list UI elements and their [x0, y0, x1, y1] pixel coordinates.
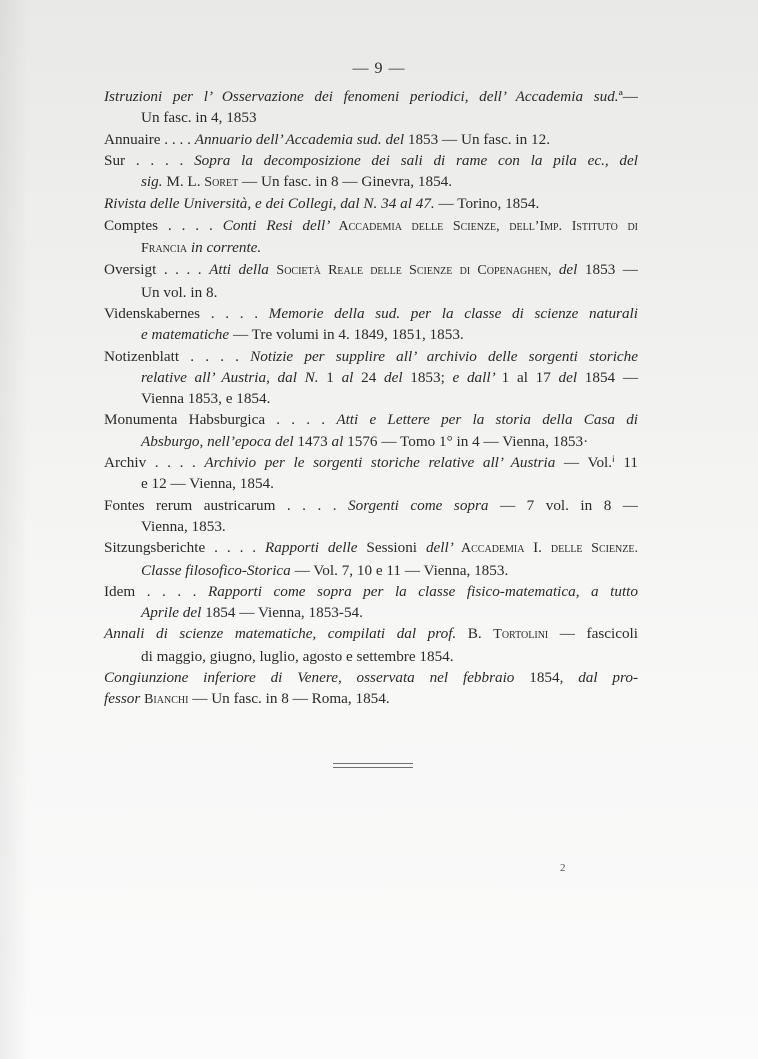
roman-text: — 7 vol. in 8 — — [489, 497, 638, 514]
roman-text: Sitzungsberichte . . . . — [104, 539, 265, 556]
entry-line: Annali di scienze matematiche, compilati… — [104, 623, 638, 645]
italic-text: Memorie della sud. per la classe di scie… — [269, 305, 638, 322]
bibliography-entry: Videnskabernes . . . . Memorie della sud… — [104, 303, 638, 346]
bibliography-entry: Rivista delle Università, e dei Collegi,… — [104, 193, 638, 214]
entry-line: e matematiche — Tre volumi in 4. 1849, 1… — [104, 324, 638, 345]
italic-text: sig. — [141, 173, 163, 190]
entry-line: Aprile del 1854 — Vienna, 1853-54. — [104, 602, 638, 623]
small-caps-text: delle Scienze. — [551, 541, 638, 556]
roman-text: Notizenblatt . . . . — [104, 348, 250, 365]
italic-text: Sopra la decomposizione dei sali di rame… — [194, 152, 638, 169]
roman-text: 1853 — — [585, 261, 638, 278]
italic-text: al — [342, 369, 362, 386]
italic-text: Atti della — [209, 261, 276, 278]
entry-line: Sitzungsberichte . . . . Rapporti delle … — [104, 537, 638, 559]
roman-text: — Un fasc. in 8 — Ginevra, 1854. — [238, 173, 452, 190]
italic-text: Conti Resi dell’ — [223, 217, 339, 234]
entry-line: sig. M. L. Soret — Un fasc. in 8 — Ginev… — [104, 171, 638, 193]
small-caps-text: Accademia delle Scienze, dell’Imp. Istit… — [339, 219, 639, 234]
roman-text: — fascicoli — [548, 625, 638, 642]
italic-text: Rapporti delle — [265, 539, 366, 556]
italic-text: Classe filosofico-Storica — [141, 562, 291, 579]
roman-text: e 12 — Vienna, 1854. — [141, 475, 274, 492]
bibliography-entry: Congiunzione inferiore di Venere, osserv… — [104, 667, 638, 711]
roman-text: 1854 — — [585, 369, 638, 386]
entry-line: Videnskabernes . . . . Memorie della sud… — [104, 303, 638, 324]
italic-text: Istruzioni per l’ Osservazione dei fenom… — [104, 88, 619, 105]
entry-line: Vienna, 1853. — [104, 516, 638, 537]
italic-text: e dall’ — [453, 369, 502, 386]
italic-text: Annali di scienze matematiche, compilati… — [104, 625, 456, 642]
roman-text: Monumenta Habsburgica . . . . — [104, 411, 336, 428]
italic-text: al — [332, 433, 348, 450]
roman-text: Archiv . . . . — [104, 454, 204, 471]
entry-line: Rivista delle Università, e dei Collegi,… — [104, 193, 638, 214]
roman-text: ª— — [619, 88, 638, 105]
bibliography-entry: Annali di scienze matematiche, compilati… — [104, 623, 638, 667]
entry-line: di maggio, giugno, luglio, agosto e sett… — [104, 646, 638, 667]
entry-line: Un fasc. in 4, 1853 — [104, 107, 638, 128]
entry-line: Monumenta Habsburgica . . . . Atti e Let… — [104, 409, 638, 430]
italic-text: Notizie per supplire all’ archivio delle… — [250, 348, 638, 365]
italic-text: Annuario dell’ Accademia sud. del — [195, 131, 408, 148]
roman-text: — Vol. 7, 10 e 11 — Vienna, 1853. — [291, 562, 508, 579]
roman-text: Comptes . . . . — [104, 217, 223, 234]
roman-text: — Un fasc. in 8 — Roma, 1854. — [188, 690, 389, 707]
roman-text: Un fasc. in 4, 1853 — [141, 109, 257, 126]
small-caps-text: Accademia — [461, 541, 533, 556]
roman-text: Sur . . . . — [104, 152, 194, 169]
entry-line: Archiv . . . . Archivio per le sorgenti … — [104, 452, 638, 473]
bibliography-entry: Oversigt . . . . Atti della Società Real… — [104, 259, 638, 303]
entry-line: relative all’ Austria, dal N. 1 al 24 de… — [104, 367, 638, 388]
italic-text: del — [551, 261, 585, 278]
entry-line: Un vol. in 8. — [104, 282, 638, 303]
entry-line: Sur . . . . Sopra la decomposizione dei … — [104, 150, 638, 171]
bibliography-entry: Sur . . . . Sopra la decomposizione dei … — [104, 150, 638, 194]
roman-text: Idem . . . . — [104, 583, 208, 600]
entry-line: Fontes rerum austricarum . . . . Sorgent… — [104, 495, 638, 516]
entry-line: Classe filosofico-Storica — Vol. 7, 10 e… — [104, 560, 638, 581]
italic-text: Rivista delle Università, e dei Collegi,… — [104, 195, 435, 212]
italic-text: relative all’ Austria, dal N. — [141, 369, 326, 386]
page-number: — 9 — — [0, 60, 758, 78]
small-caps-text: Bianchi — [144, 692, 188, 707]
roman-text: Un vol. in 8. — [141, 284, 217, 301]
italic-text: Sorgenti come sopra — [348, 497, 489, 514]
italic-text: fessor — [104, 690, 144, 707]
roman-text: 24 — [361, 369, 384, 386]
entry-line: Vienna 1853, e 1854. — [104, 388, 638, 409]
roman-text: I. — [533, 539, 551, 556]
italic-text: , dal pro- — [560, 669, 638, 686]
entry-line: Oversigt . . . . Atti della Società Real… — [104, 259, 638, 281]
roman-text: Videnskabernes . . . . — [104, 305, 269, 322]
roman-text: Sessioni — [366, 539, 426, 556]
bibliography-list: Istruzioni per l’ Osservazione dei fenom… — [104, 86, 638, 711]
italic-text: Archivio per le sorgenti storiche relati… — [204, 454, 555, 471]
roman-text: 1473 — [297, 433, 331, 450]
small-caps-text: Tortolini — [493, 627, 548, 642]
roman-text: 1853; — [410, 369, 452, 386]
bibliography-entry: Comptes . . . . Conti Resi dell’ Accadem… — [104, 215, 638, 260]
bibliography-entry: Annuaire . . . . Annuario dell’ Accademi… — [104, 129, 638, 150]
italic-text: Rapporti come sopra per la classe fisico… — [208, 583, 638, 600]
entry-line: Annuaire . . . . Annuario dell’ Accademi… — [104, 129, 638, 150]
italic-text: Absburgo, nell’epoca del — [141, 433, 297, 450]
entry-line: Francia in corrente. — [104, 237, 638, 259]
roman-text: 1854 — Vienna, 1853-54. — [205, 604, 363, 621]
roman-text: 1854 — [529, 669, 559, 686]
bibliography-entry: Idem . . . . Rapporti come sopra per la … — [104, 581, 638, 624]
entry-line: Istruzioni per l’ Osservazione dei fenom… — [104, 86, 638, 107]
entry-line: Comptes . . . . Conti Resi dell’ Accadem… — [104, 215, 638, 237]
entry-line: Congiunzione inferiore di Venere, osserv… — [104, 667, 638, 688]
entry-line: Notizenblatt . . . . Notizie per supplir… — [104, 346, 638, 367]
italic-text: Congiunzione inferiore di Venere, osserv… — [104, 669, 529, 686]
small-caps-text: Soret — [204, 175, 238, 190]
bibliography-entry: Istruzioni per l’ Osservazione dei fenom… — [104, 86, 638, 129]
roman-text: — Vol.ⁱ 11 — [555, 454, 638, 471]
roman-text: Oversigt . . . . — [104, 261, 209, 278]
bibliography-entry: Archiv . . . . Archivio per le sorgenti … — [104, 452, 638, 495]
italic-text: Aprile del — [141, 604, 205, 621]
entry-line: Idem . . . . Rapporti come sopra per la … — [104, 581, 638, 602]
roman-text: Vienna, 1853. — [141, 518, 226, 535]
italic-text: in corrente. — [187, 239, 261, 256]
section-end-rule — [333, 763, 413, 768]
roman-text: B. — [456, 625, 493, 642]
roman-text: Fontes rerum austricarum . . . . — [104, 497, 348, 514]
italic-text: e matematiche — [141, 326, 229, 343]
roman-text: 1 al 17 — [502, 369, 559, 386]
roman-text: 1576 — Tomo 1° in 4 — Vienna, 1853· — [347, 433, 588, 450]
roman-text: di maggio, giugno, luglio, agosto e sett… — [141, 648, 454, 665]
roman-text: 1853 — Un fasc. in 12. — [408, 131, 550, 148]
entry-line: fessor Bianchi — Un fasc. in 8 — Roma, 1… — [104, 688, 638, 710]
roman-text: Vienna 1853, e 1854. — [141, 390, 270, 407]
bibliography-entry: Sitzungsberichte . . . . Rapporti delle … — [104, 537, 638, 581]
roman-text: — Tre volumi in 4. 1849, 1851, 1853. — [229, 326, 464, 343]
roman-text: 1 — [326, 369, 341, 386]
signature-mark: 2 — [560, 862, 566, 874]
small-caps-text: Francia — [141, 241, 187, 256]
small-caps-text: Società Reale delle Scienze di Copenaghe… — [276, 263, 551, 278]
italic-text: del — [559, 369, 585, 386]
italic-text: dell’ — [426, 539, 461, 556]
bibliography-entry: Notizenblatt . . . . Notizie per supplir… — [104, 346, 638, 410]
italic-text: del — [384, 369, 410, 386]
roman-text: M. L. — [163, 173, 205, 190]
roman-text: Annuaire . . . . — [104, 131, 195, 148]
page-edge-shadow — [0, 0, 30, 1059]
roman-text: — Torino, 1854. — [435, 195, 540, 212]
bibliography-entry: Monumenta Habsburgica . . . . Atti e Let… — [104, 409, 638, 452]
entry-line: Absburgo, nell’epoca del 1473 al 1576 — … — [104, 431, 638, 452]
italic-text: Atti e Lettere per la storia della Casa … — [336, 411, 638, 428]
bibliography-entry: Fontes rerum austricarum . . . . Sorgent… — [104, 495, 638, 538]
entry-line: e 12 — Vienna, 1854. — [104, 473, 638, 494]
